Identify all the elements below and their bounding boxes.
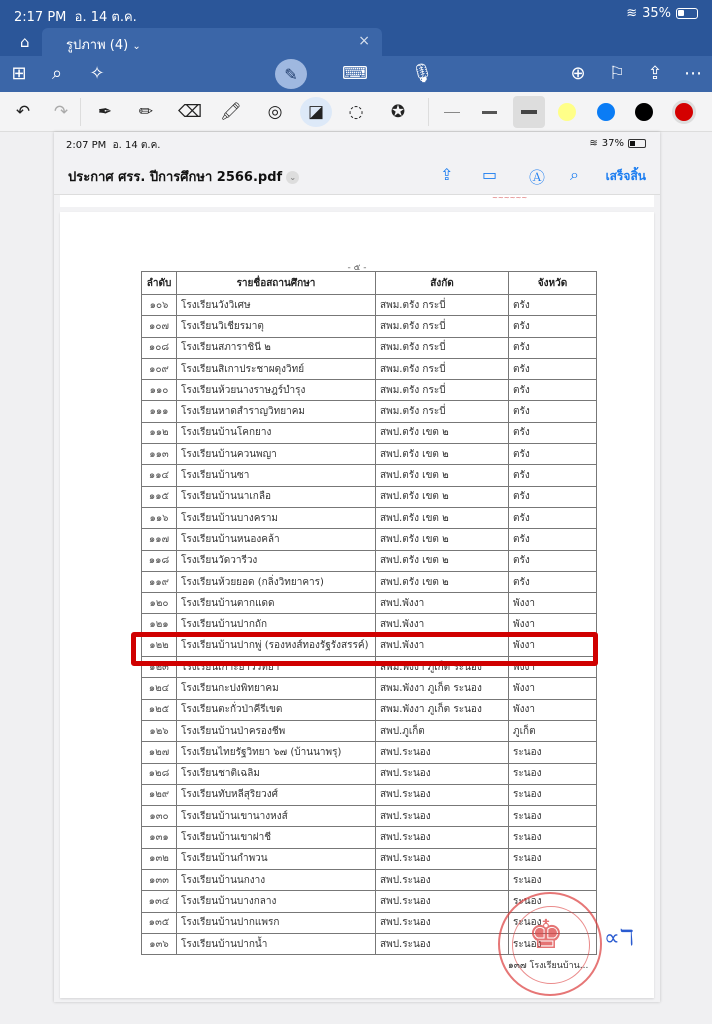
table-cell: ๑๑๗	[142, 529, 177, 550]
table-cell: สพป.ระนอง	[376, 891, 509, 912]
table-cell: โรงเรียนบ้านตากแดด	[177, 593, 376, 614]
table-cell: ๑๐๘	[142, 337, 177, 358]
table-cell: โรงเรียนห้วยยอด (กลิ่งวิทยาคาร)	[177, 571, 376, 592]
table-cell: ระนอง	[509, 784, 597, 805]
outer-status-bar: 2:17 PM อ. 14 ต.ค. ≋35%	[0, 0, 712, 28]
table-cell: โรงเรียนบ้านหนองคล้า	[177, 529, 376, 550]
new-page-icon[interactable]: ⊕	[565, 62, 591, 86]
table-cell: ตรัง	[509, 358, 597, 379]
table-cell: โรงเรียนบ้านปากแพรก	[177, 912, 376, 933]
thickness-medium[interactable]	[482, 111, 497, 114]
table-cell: สพป.ระนอง	[376, 848, 509, 869]
status-time: 2:17 PM อ. 14 ต.ค.	[14, 6, 137, 27]
color-yellow[interactable]	[558, 103, 576, 121]
table-cell: สพม.ตรัง กระบี่	[376, 401, 509, 422]
sticker-icon[interactable]: ✪	[385, 101, 411, 123]
table-cell: โรงเรียนทับหลีสุริยวงศ์	[177, 784, 376, 805]
column-header: ลำดับ	[142, 272, 177, 295]
table-cell: โรงเรียนบ้านบางคราม	[177, 507, 376, 528]
apps-grid-icon[interactable]: ⊞	[6, 62, 32, 86]
table-cell: โรงเรียนบ้านซา	[177, 465, 376, 486]
wifi-icon: ≋	[626, 6, 637, 21]
document-tab[interactable]: รูปภาพ (4) ⌄ ×	[42, 28, 382, 56]
table-row: ๑๒๖โรงเรียนบ้านป่าครองชีพสพป.ภูเก็ตภูเก็…	[142, 720, 597, 741]
table-row: ๑๑๒โรงเรียนบ้านโคกยางสพป.ตรัง เขต ๒ตรัง	[142, 422, 597, 443]
document-title[interactable]: ประกาศ ศรร. ปีการศึกษา 2566.pdf⌄	[68, 166, 299, 187]
table-cell: ตรัง	[509, 337, 597, 358]
markup-icon[interactable]: ▭	[482, 165, 497, 184]
undo-icon[interactable]: ↶	[10, 101, 36, 123]
highlighter-icon[interactable]: 🖍︎	[218, 101, 244, 123]
color-blue[interactable]	[597, 103, 615, 121]
tape-icon[interactable]: ◎	[262, 101, 288, 123]
search-icon[interactable]: ⌕	[44, 62, 70, 86]
table-row: ๑๒๙โรงเรียนทับหลีสุริยวงศ์สพป.ระนองระนอง	[142, 784, 597, 805]
table-cell: โรงเรียนวิเชียรมาตุ	[177, 316, 376, 337]
table-cell: โรงเรียนไทยรัฐวิทยา ๖๗ (บ้านนาพรุ)	[177, 742, 376, 763]
inner-status-time: 2:07 PM อ. 14 ต.ค.	[66, 138, 160, 153]
table-cell: ตรัง	[509, 380, 597, 401]
table-cell: สพป.ตรัง เขต ๒	[376, 465, 509, 486]
tab-title: รูปภาพ (4)	[66, 38, 128, 53]
share-icon[interactable]: ⇪	[440, 165, 453, 184]
table-cell: ตรัง	[509, 465, 597, 486]
table-row: ๑๓๐โรงเรียนบ้านเขานางหงส์สพป.ระนองระนอง	[142, 806, 597, 827]
table-cell: ๑๒๔	[142, 678, 177, 699]
table-cell: พังงา	[509, 678, 597, 699]
table-row: ๑๑๙โรงเรียนห้วยยอด (กลิ่งวิทยาคาร)สพป.ตร…	[142, 571, 597, 592]
table-cell: สพป.ระนอง	[376, 763, 509, 784]
battery-icon	[628, 139, 646, 148]
table-cell: สพม.ตรัง กระบี่	[376, 316, 509, 337]
annotate-icon[interactable]: Ⓐ	[529, 165, 545, 188]
table-cell: สพม.ตรัง กระบี่	[376, 380, 509, 401]
table-cell: สพม.ตรัง กระบี่	[376, 337, 509, 358]
table-cell: ตรัง	[509, 529, 597, 550]
table-row: ๑๒๔โรงเรียนกะปงพิทยาคมสพม.พังงา ภูเก็ต ร…	[142, 678, 597, 699]
table-cell: สพป.ระนอง	[376, 933, 509, 954]
color-red-selected[interactable]	[672, 100, 696, 124]
search-icon[interactable]: ⌕	[570, 165, 579, 185]
table-cell: ระนอง	[509, 742, 597, 763]
table-cell: ๑๑๔	[142, 465, 177, 486]
pencil-icon[interactable]: ✏	[133, 101, 159, 123]
eraser-icon[interactable]: ⌫	[177, 101, 203, 123]
table-row: ๑๑๓โรงเรียนบ้านควนพญาสพป.ตรัง เขต ๒ตรัง	[142, 444, 597, 465]
done-button[interactable]: เสร็จสิ้น	[606, 167, 646, 186]
table-cell: สพป.ภูเก็ต	[376, 720, 509, 741]
table-cell: ตรัง	[509, 316, 597, 337]
table-cell: สพป.ระนอง	[376, 784, 509, 805]
table-cell: ๑๒๕	[142, 699, 177, 720]
chevron-down-icon[interactable]: ⌄	[286, 171, 299, 184]
microphone-icon[interactable]: 🎙︎	[409, 62, 435, 86]
redo-icon[interactable]: ↷	[48, 101, 74, 123]
table-cell: ๑๒๘	[142, 763, 177, 784]
signature: ∝ℸ	[604, 926, 634, 951]
table-cell: โรงเรียนวังวิเศษ	[177, 295, 376, 316]
table-cell: ตรัง	[509, 507, 597, 528]
table-cell: ตรัง	[509, 571, 597, 592]
table-cell: โรงเรียนบ้านนาเกลือ	[177, 486, 376, 507]
table-cell: ตรัง	[509, 486, 597, 507]
table-cell: ๑๑๒	[142, 422, 177, 443]
table-cell: พังงา	[509, 593, 597, 614]
table-cell: ๑๐๖	[142, 295, 177, 316]
table-cell: โรงเรียนบ้านป่าครองชีพ	[177, 720, 376, 741]
table-row: ๑๑๖โรงเรียนบ้านบางครามสพป.ตรัง เขต ๒ตรัง	[142, 507, 597, 528]
stamp-caption: ๑๓๗ โรงเรียนบ้าน...	[508, 958, 588, 972]
table-cell: ๑๓๕	[142, 912, 177, 933]
table-cell: สพป.พังงา	[376, 593, 509, 614]
table-cell: สพป.ระนอง	[376, 742, 509, 763]
table-cell: ๑๓๖	[142, 933, 177, 954]
table-cell: ตรัง	[509, 550, 597, 571]
table-row: ๑๓๒โรงเรียนบ้านกำพวนสพป.ระนองระนอง	[142, 848, 597, 869]
table-cell: โรงเรียนบ้านควนพญา	[177, 444, 376, 465]
table-row: ๑๒๗โรงเรียนไทยรัฐวิทยา ๖๗ (บ้านนาพรุ)สพป…	[142, 742, 597, 763]
bookmark-icon[interactable]: ⚐	[604, 62, 630, 86]
table-cell: ระนอง	[509, 848, 597, 869]
table-row: ๑๒๘โรงเรียนชาติเฉลิมสพป.ระนองระนอง	[142, 763, 597, 784]
wifi-icon: ≋	[589, 138, 597, 149]
lasso-icon[interactable]: ◌	[343, 101, 369, 123]
table-row: ๑๒๕โรงเรียนตะกั่วป่าคีรีเขตสพม.พังงา ภูเ…	[142, 699, 597, 720]
table-cell: โรงเรียนบ้านกำพวน	[177, 848, 376, 869]
draw-pen-icon[interactable]: ✎	[275, 59, 307, 89]
table-cell: สพป.ตรัง เขต ๒	[376, 550, 509, 571]
embedded-screenshot: 2:07 PM อ. 14 ต.ค. ≋37% ประกาศ ศรร. ปีกา…	[54, 132, 660, 1002]
table-cell: โรงเรียนสิเกาประชาผดุงวิทย์	[177, 358, 376, 379]
table-row: ๑๐๘โรงเรียนสภาราชินี ๒สพม.ตรัง กระบี่ตรั…	[142, 337, 597, 358]
color-black[interactable]	[635, 103, 653, 121]
chevron-down-icon[interactable]: ⌄	[132, 41, 140, 52]
table-cell: สพป.ระนอง	[376, 870, 509, 891]
battery-icon	[676, 8, 698, 19]
table-cell: ภูเก็ต	[509, 720, 597, 741]
close-icon[interactable]: ×	[358, 33, 370, 49]
red-highlight-annotation[interactable]	[131, 632, 598, 666]
column-header: รายชื่อสถานศึกษา	[177, 272, 376, 295]
table-cell: ๑๑๑	[142, 401, 177, 422]
keyboard-icon[interactable]: ⌨	[342, 62, 368, 86]
table-cell: โรงเรียนชาติเฉลิม	[177, 763, 376, 784]
table-cell: ๑๓๓	[142, 870, 177, 891]
table-cell: ๑๑๙	[142, 571, 177, 592]
table-cell: ๑๓๔	[142, 891, 177, 912]
share-icon[interactable]: ⇪	[642, 62, 668, 86]
table-cell: สพป.ตรัง เขต ๒	[376, 444, 509, 465]
ribbon-toolbar: ⊞ ⌕ ✧ ✎ ⌨ 🎙︎ ⊕ ⚐ ⇪ ⋯	[0, 56, 712, 92]
table-row: ๑๑๐โรงเรียนห้วยนางราษฎร์บำรุงสพม.ตรัง กร…	[142, 380, 597, 401]
table-cell: ๑๑๓	[142, 444, 177, 465]
table-row: ๑๑๗โรงเรียนบ้านหนองคล้าสพป.ตรัง เขต ๒ตรั…	[142, 529, 597, 550]
table-cell: ๑๐๗	[142, 316, 177, 337]
table-row: ๑๒๐โรงเรียนบ้านตากแดดสพป.พังงาพังงา	[142, 593, 597, 614]
tab-bar: ⌂ รูปภาพ (4) ⌄ ×	[0, 28, 712, 56]
garuda-emblem: ♚	[528, 912, 564, 958]
more-icon[interactable]: ⋯	[680, 62, 706, 86]
column-header: สังกัด	[376, 272, 509, 295]
pen-icon[interactable]: ✒	[92, 101, 118, 123]
table-cell: ๑๑๖	[142, 507, 177, 528]
table-cell: สพม.พังงา ภูเก็ต ระนอง	[376, 678, 509, 699]
table-row: ๑๑๑โรงเรียนหาดสำราญวิทยาคมสพม.ตรัง กระบี…	[142, 401, 597, 422]
table-cell: โรงเรียนห้วยนางราษฎร์บำรุง	[177, 380, 376, 401]
table-cell: ๑๒๐	[142, 593, 177, 614]
table-cell: ๑๑๕	[142, 486, 177, 507]
table-cell: โรงเรียนบ้านปากน้ำ	[177, 933, 376, 954]
table-cell: สพม.ตรัง กระบี่	[376, 358, 509, 379]
table-cell: โรงเรียนหาดสำราญวิทยาคม	[177, 401, 376, 422]
drawing-toolbar: ↶ ↷ ✒ ✏ ⌫ 🖍︎ ◎ ◪ ◌ ✪	[0, 92, 712, 132]
table-cell: สพป.ตรัง เขต ๒	[376, 486, 509, 507]
table-cell: ๑๒๖	[142, 720, 177, 741]
battery-percent: 35%	[642, 6, 671, 21]
table-cell: ตรัง	[509, 295, 597, 316]
table-cell: สพป.ระนอง	[376, 806, 509, 827]
table-cell: ระนอง	[509, 827, 597, 848]
table-cell: พังงา	[509, 699, 597, 720]
table-cell: ๑๓๑	[142, 827, 177, 848]
table-cell: โรงเรียนบ้านบางกลาง	[177, 891, 376, 912]
table-cell: โรงเรียนบ้านเขาฝาชี	[177, 827, 376, 848]
table-row: ๑๐๙โรงเรียนสิเกาประชาผดุงวิทย์สพม.ตรัง ก…	[142, 358, 597, 379]
table-cell: สพป.ระนอง	[376, 827, 509, 848]
table-cell: ๑๒๙	[142, 784, 177, 805]
table-cell: โรงเรียนกะปงพิทยาคม	[177, 678, 376, 699]
table-cell: โรงเรียนบ้านโคกยาง	[177, 422, 376, 443]
home-icon[interactable]: ⌂	[20, 33, 30, 51]
table-cell: ระนอง	[509, 763, 597, 784]
table-cell: สพม.พังงา ภูเก็ต ระนอง	[376, 699, 509, 720]
table-cell: ตรัง	[509, 401, 597, 422]
table-cell: ระนอง	[509, 870, 597, 891]
table-cell: สพป.ตรัง เขต ๒	[376, 507, 509, 528]
column-header: จังหวัด	[509, 272, 597, 295]
table-cell: ระนอง	[509, 806, 597, 827]
table-cell: สพป.ตรัง เขต ๒	[376, 529, 509, 550]
table-cell: ตรัง	[509, 444, 597, 465]
table-cell: ตรัง	[509, 422, 597, 443]
table-row: ๑๓๑โรงเรียนบ้านเขาฝาชีสพป.ระนองระนอง	[142, 827, 597, 848]
table-cell: ๑๑๐	[142, 380, 177, 401]
table-row: ๑๑๕โรงเรียนบ้านนาเกลือสพป.ตรัง เขต ๒ตรัง	[142, 486, 597, 507]
table-cell: โรงเรียนสภาราชินี ๒	[177, 337, 376, 358]
shapes-icon[interactable]: ◪	[303, 101, 329, 123]
table-cell: โรงเรียนบ้านเขานางหงส์	[177, 806, 376, 827]
table-cell: สพป.ระนอง	[376, 912, 509, 933]
table-cell: ๑๑๘	[142, 550, 177, 571]
pdf-page: - ๕ - ลำดับรายชื่อสถานศึกษาสังกัดจังหวัด…	[60, 212, 654, 998]
table-cell: โรงเรียนวัดวารีวง	[177, 550, 376, 571]
table-row: ๑๑๘โรงเรียนวัดวารีวงสพป.ตรัง เขต ๒ตรัง	[142, 550, 597, 571]
table-row: ๑๑๔โรงเรียนบ้านซาสพป.ตรัง เขต ๒ตรัง	[142, 465, 597, 486]
schools-table: ลำดับรายชื่อสถานศึกษาสังกัดจังหวัด ๑๐๖โร…	[141, 271, 597, 955]
table-cell: โรงเรียนตะกั่วป่าคีรีเขต	[177, 699, 376, 720]
thickness-thin[interactable]	[444, 112, 460, 113]
table-cell: ๑๓๐	[142, 806, 177, 827]
table-cell: สพป.ตรัง เขต ๒	[376, 571, 509, 592]
table-cell: โรงเรียนบ้านนกงาง	[177, 870, 376, 891]
table-row: ๑๐๗โรงเรียนวิเชียรมาตุสพม.ตรัง กระบี่ตรั…	[142, 316, 597, 337]
table-row: ๑๐๖โรงเรียนวังวิเศษสพม.ตรัง กระบี่ตรัง	[142, 295, 597, 316]
table-cell: สพป.ตรัง เขต ๒	[376, 422, 509, 443]
table-row: ๑๓๓โรงเรียนบ้านนกงางสพป.ระนองระนอง	[142, 870, 597, 891]
table-cell: ๑๒๗	[142, 742, 177, 763]
table-cell: สพม.ตรัง กระบี่	[376, 295, 509, 316]
table-cell: ๑๓๒	[142, 848, 177, 869]
copilot-icon[interactable]: ✧	[84, 62, 110, 86]
table-cell: ๑๐๙	[142, 358, 177, 379]
